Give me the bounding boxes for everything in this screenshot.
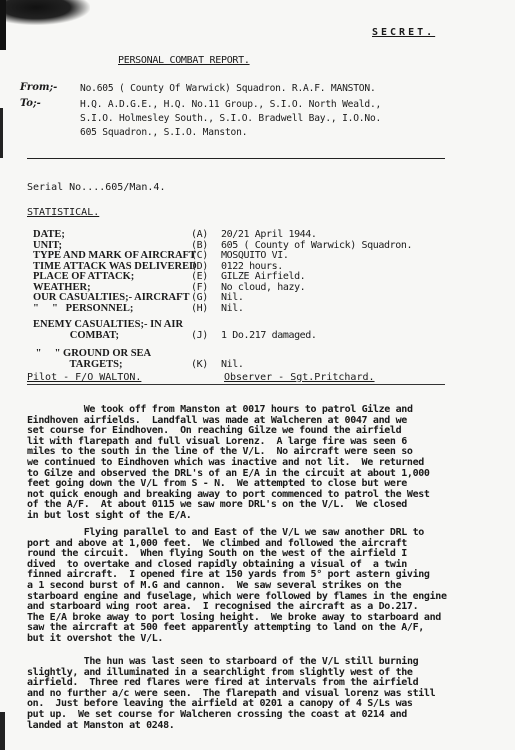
to-line: S.I.O. Holmesley South., S.I.O. Bradwell… [80, 112, 381, 126]
stat-code: (A) [191, 230, 221, 241]
statistical-table: DATE;(A)20/21 April 1944. UNIT;(B)605 ( … [33, 230, 412, 370]
scan-edge-mark [0, 712, 5, 750]
stat-label: " " GROUND OR SEA [33, 349, 191, 360]
stat-code: (H) [191, 304, 221, 315]
stat-label: OUR CASUALTIES;- AIRCRAFT [33, 293, 191, 304]
stat-label: PLACE OF ATTACK; [33, 272, 191, 283]
from-label: From;- [20, 82, 57, 93]
stat-code [191, 320, 221, 331]
divider [27, 158, 445, 159]
serial-number: Serial No....605/Man.4. [27, 182, 165, 193]
statistical-heading: STATISTICAL. [27, 207, 99, 218]
narrative-paragraph: The hun was last seen to starboard of th… [27, 657, 492, 731]
stat-code: (G) [191, 293, 221, 304]
observer-name: Observer - Sgt.Pritchard. [224, 372, 375, 383]
stat-value: Nil. [221, 293, 243, 304]
stat-row: ENEMY CASUALTIES;- IN AIR [33, 320, 412, 331]
stat-label: DATE; [33, 230, 191, 241]
stat-code: (C) [191, 251, 221, 262]
narrative-paragraph: We took off from Manston at 0017 hours t… [27, 405, 492, 522]
to-line: 605 Squadron., S.I.O. Manston. [80, 126, 247, 140]
stat-row: DATE;(A)20/21 April 1944. [33, 230, 412, 241]
narrative-paragraph: Flying parallel to and East of the V/L w… [27, 528, 492, 645]
stat-row: " " GROUND OR SEA [33, 349, 412, 360]
pilot-name: Pilot - F/O WALTON. [27, 372, 141, 383]
stat-label: " " PERSONNEL; [33, 304, 191, 315]
crew-underline [27, 384, 445, 385]
stat-code: (E) [191, 272, 221, 283]
classification-stamp: SECRET. [372, 27, 435, 38]
stat-row: " " PERSONNEL;(H)Nil. [33, 304, 412, 315]
stat-value: GILZE Airfield. [221, 272, 305, 283]
stat-value: 1 Do.217 damaged. [221, 331, 317, 342]
stat-row: COMBAT;(J)1 Do.217 damaged. [33, 331, 412, 342]
stat-row: TYPE AND MARK OF AIRCRAFT(C)MOSQUITO VI. [33, 251, 412, 262]
report-title: PERSONAL COMBAT REPORT. [118, 55, 250, 66]
stat-code: (K) [191, 360, 221, 371]
to-label: To;- [20, 98, 41, 109]
ink-stain [0, 0, 90, 25]
stat-label: COMBAT; [33, 331, 191, 342]
scan-edge-mark [0, 0, 6, 50]
stat-code: (J) [191, 331, 221, 342]
stat-value: 20/21 April 1944. [221, 230, 317, 241]
stat-label: TYPE AND MARK OF AIRCRAFT [33, 251, 191, 262]
stat-row: PLACE OF ATTACK;(E)GILZE Airfield. [33, 272, 412, 283]
stat-row: OUR CASUALTIES;- AIRCRAFT(G)Nil. [33, 293, 412, 304]
stat-value: MOSQUITO VI. [221, 251, 288, 262]
from-value: No.605 ( County Of Warwick) Squadron. R.… [80, 82, 376, 96]
stat-value: Nil. [221, 360, 243, 371]
to-line: H.Q. A.D.G.E., H.Q. No.11 Group., S.I.O.… [80, 98, 381, 112]
stat-code [191, 349, 221, 360]
stat-label: TARGETS; [33, 360, 191, 371]
stat-value: Nil. [221, 304, 243, 315]
scan-edge-mark [0, 108, 3, 158]
stat-label: ENEMY CASUALTIES;- IN AIR [33, 320, 191, 331]
stat-row: TARGETS;(K)Nil. [33, 360, 412, 371]
